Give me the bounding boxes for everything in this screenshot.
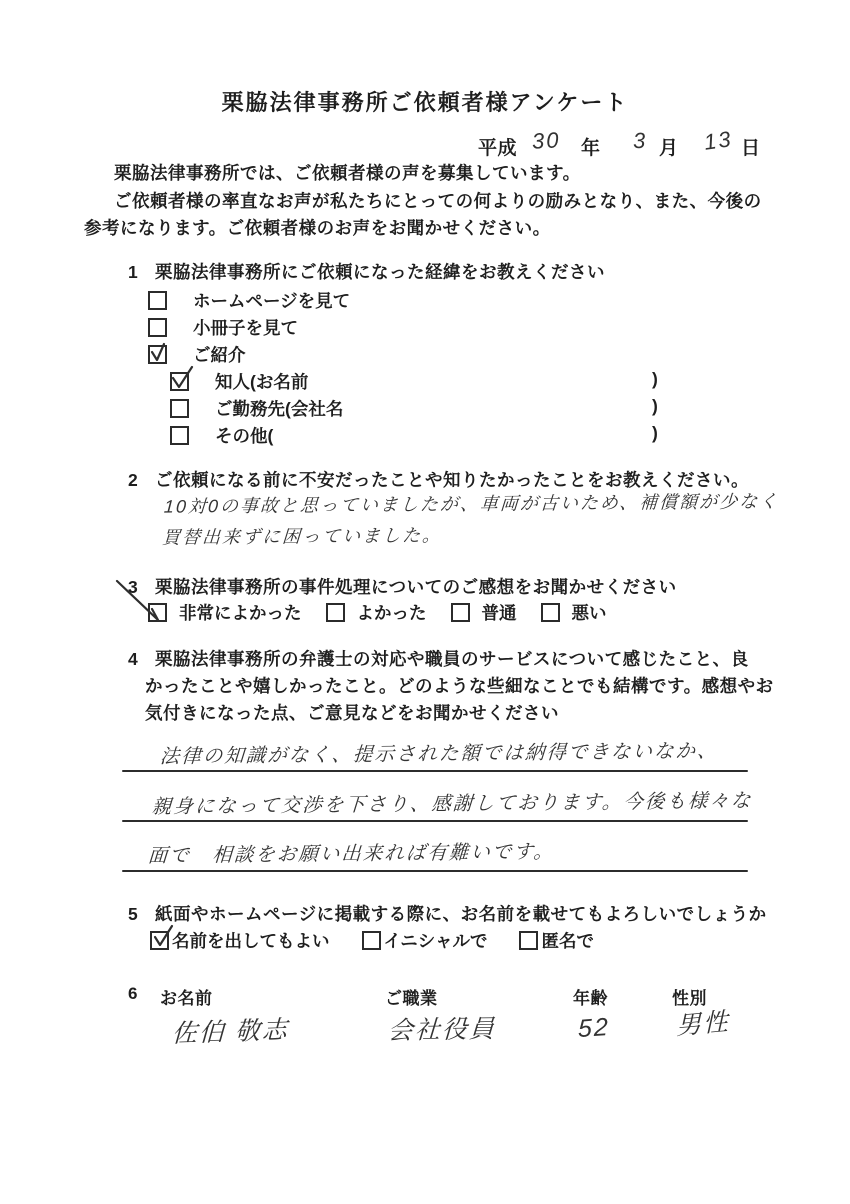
- q1-suboption-label: ご勤務先(会社名: [215, 396, 343, 421]
- q1-option-referral: ご紹介: [148, 342, 246, 367]
- checkbox-checked: [148, 345, 167, 364]
- q1-option-booklet: 小冊子を見て: [148, 315, 298, 340]
- q6-value-age-handwritten: 52: [578, 1013, 610, 1044]
- intro-line: 参考になります。ご依頼者様のお声をお聞かせください。: [84, 215, 784, 243]
- closing-paren: ): [652, 369, 658, 390]
- date-month-handwritten: 3: [633, 128, 648, 154]
- handwritten-line: 10対0の事故と思っていましたが、車両が古いため、補償額が少なく: [163, 486, 780, 522]
- q1-option-label: ご紹介: [193, 342, 246, 367]
- question-3-heading: 3栗脇法律事務所の事件処理についてのご感想をお聞かせください: [128, 574, 677, 599]
- q5-option-realname: 名前を出してもよい: [150, 928, 330, 953]
- checkbox-unchecked: [451, 603, 470, 622]
- q3-option-average: 普通: [451, 600, 517, 625]
- q5-option-label: 名前を出してもよい: [172, 928, 330, 953]
- answer-rule-line: [122, 870, 748, 872]
- question-4-text-line: かったことや嬉しかったこと。どのような些細なことでも結構です。感想やお: [145, 673, 788, 700]
- intro-paragraph: 栗脇法律事務所では、ご依頼者様の声を募集しています。 ご依頼者様の率直なお声が私…: [84, 160, 784, 243]
- q3-option-label: よかった: [357, 600, 427, 625]
- q1-option-label: 小冊子を見て: [193, 315, 298, 340]
- q5-option-label: 匿名で: [541, 928, 594, 953]
- q4-handwritten-line: 面で 相談をお願い出来れば有難いです。: [147, 836, 556, 868]
- checkbox-unchecked: [170, 426, 189, 445]
- date-day-label: 日: [741, 133, 761, 160]
- check-mark-icon: [170, 364, 196, 390]
- question-5-number: 5: [128, 904, 155, 925]
- q3-option-bad: 悪い: [541, 600, 607, 625]
- answer-rule-line: [122, 820, 748, 822]
- q1-suboption-workplace: ご勤務先(会社名 ): [170, 396, 730, 421]
- question-3-number: 3: [128, 577, 155, 598]
- q6-label-name: お名前: [160, 984, 213, 1009]
- date-year-label: 年: [581, 133, 601, 160]
- intro-line: 栗脇法律事務所では、ご依頼者様の声を募集しています。: [84, 160, 784, 188]
- check-mark-icon: [148, 341, 168, 363]
- checkbox-checked: [148, 603, 167, 622]
- date-day-handwritten: 13: [702, 126, 734, 156]
- q1-option-homepage: ホームページを見て: [148, 288, 350, 313]
- question-3-text: 栗脇法律事務所の事件処理についてのご感想をお聞かせください: [155, 577, 677, 597]
- checkbox-unchecked: [326, 603, 345, 622]
- q4-handwritten-line: 法律の知識がなく、提示された額では納得できないなか、: [159, 735, 719, 769]
- document-title: 栗脇法律事務所ご依頼者様アンケート: [0, 86, 850, 117]
- intro-line: ご依頼者様の率直なお声が私たちにとっての何よりの励みとなり、また、今後の: [84, 188, 784, 216]
- question-1-heading: 1栗脇法律事務所にご依頼になった経緯をお教えください: [128, 259, 605, 284]
- question-1-number: 1: [128, 262, 155, 283]
- checkbox-checked: [150, 931, 169, 950]
- q6-label-occupation: ご職業: [385, 984, 438, 1009]
- q1-suboption-label: その他(: [215, 423, 273, 448]
- date-month-label: 月: [659, 133, 679, 160]
- date-era-label: 平成: [478, 133, 517, 160]
- q6-value-occupation-handwritten: 会社役員: [387, 1009, 497, 1047]
- question-5-text: 紙面やホームページに掲載する際に、お名前を載せてもよろしいでしょうか: [155, 904, 767, 924]
- q3-option-good: よかった: [326, 600, 427, 625]
- scanned-survey-document: 栗脇法律事務所ご依頼者様アンケート 平成 30 年 3 月 13 日 栗脇法律事…: [0, 0, 850, 1204]
- question-4-heading: 4栗脇法律事務所の弁護士の対応や職員のサービスについて感じたこと、良 かったこと…: [128, 646, 788, 727]
- q1-suboption-acquaintance: 知人(お名前 ): [170, 369, 730, 394]
- q3-options-row: 非常によかった よかった 普通 悪い: [148, 600, 607, 625]
- q5-option-initials: イニシャルで: [362, 928, 488, 953]
- closing-paren: ): [652, 423, 658, 444]
- q6-value-name-handwritten: 佐伯 敬志: [171, 1010, 289, 1050]
- q3-option-excellent: 非常によかった: [148, 600, 302, 625]
- q6-value-gender-handwritten: 男性: [676, 1002, 730, 1043]
- handwritten-line: 買替出来ずに困っていました。: [161, 517, 778, 553]
- q5-options-row: 名前を出してもよい イニシャルで 匿名で: [150, 928, 594, 953]
- q5-option-label: イニシャルで: [384, 928, 488, 953]
- closing-paren: ): [652, 396, 658, 417]
- question-1-text: 栗脇法律事務所にご依頼になった経緯をお教えください: [155, 262, 605, 282]
- checkbox-unchecked: [148, 291, 167, 310]
- question-4-number: 4: [128, 646, 155, 673]
- checkbox-unchecked: [519, 931, 538, 950]
- answer-rule-line: [122, 770, 748, 772]
- checkbox-unchecked: [362, 931, 381, 950]
- question-5-heading: 5紙面やホームページに掲載する際に、お名前を載せてもよろしいでしょうか: [128, 901, 767, 926]
- q3-option-label: 悪い: [572, 600, 607, 625]
- checkbox-unchecked: [148, 318, 167, 337]
- checkbox-checked: [170, 372, 189, 391]
- q5-option-anonymous: 匿名で: [519, 928, 594, 953]
- q3-option-label: 普通: [482, 600, 517, 625]
- question-2-number: 2: [128, 470, 155, 491]
- question-4-text-line: 栗脇法律事務所の弁護士の対応や職員のサービスについて感じたこと、良: [155, 649, 749, 669]
- q1-suboption-label: 知人(お名前: [215, 369, 308, 394]
- q2-handwritten-answer: 10対0の事故と思っていましたが、車両が古いため、補償額が少なく 買替出来ずに困…: [161, 486, 780, 553]
- q1-option-label: ホームページを見て: [193, 288, 350, 313]
- q1-suboption-other: その他( ): [170, 423, 730, 448]
- question-4-text-line: 気付きになった点、ご意見などをお聞かせください: [145, 700, 788, 727]
- q6-label-age: 年齢: [573, 984, 608, 1009]
- checkbox-unchecked: [170, 399, 189, 418]
- q4-handwritten-line: 親身になって交渉を下さり、感謝しております。今後も様々な: [151, 785, 753, 819]
- question-6-number: 6: [128, 984, 138, 1004]
- date-year-handwritten: 30: [531, 127, 561, 154]
- q3-option-label: 非常によかった: [179, 600, 302, 625]
- checkbox-unchecked: [541, 603, 560, 622]
